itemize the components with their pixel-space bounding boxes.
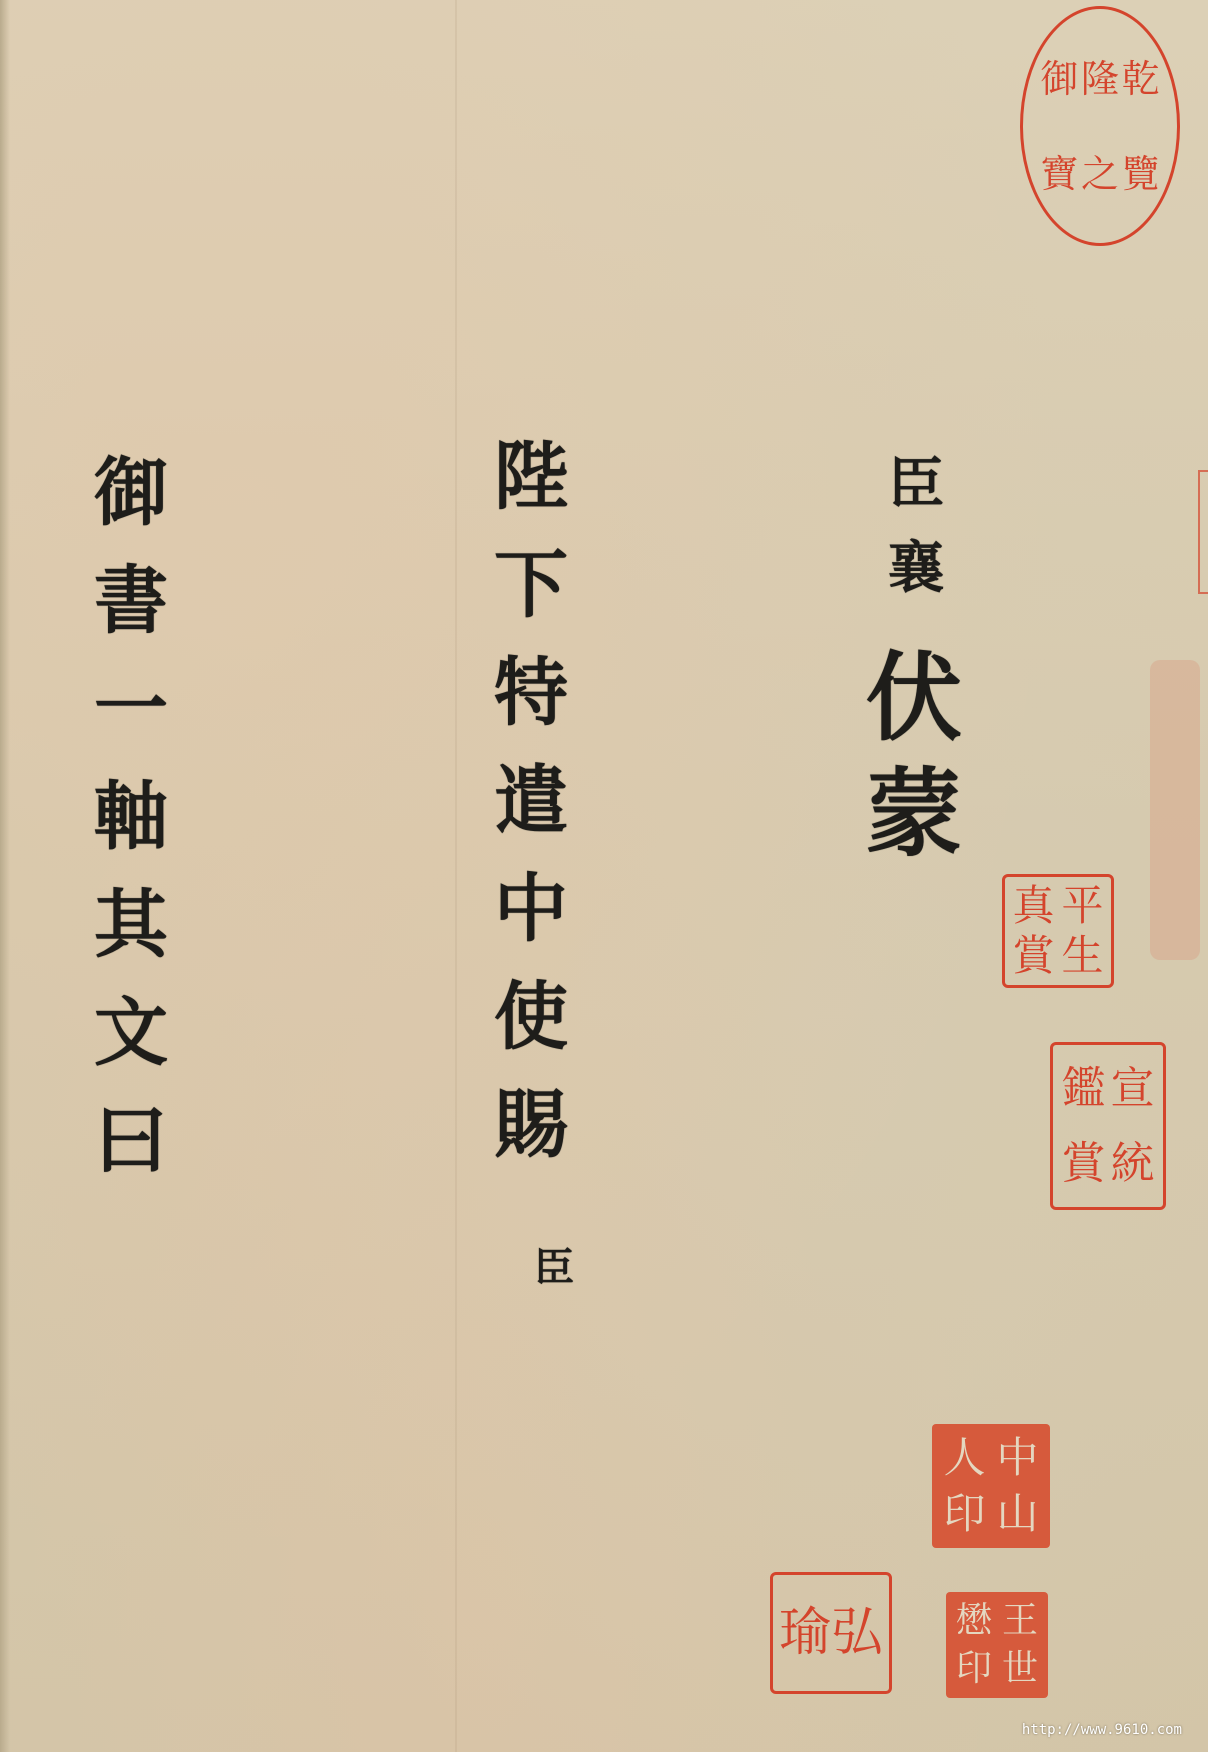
seal-char: 懋 <box>951 1597 997 1645</box>
char: 軸 <box>94 780 168 854</box>
seal-char: 弘 <box>831 1581 883 1685</box>
seal-char: 宣 <box>1108 1051 1157 1126</box>
text-column-right-large: 伏 蒙 <box>866 650 962 882</box>
seal-char: 統 <box>1108 1126 1157 1201</box>
seal-char: 賞 <box>1009 931 1058 981</box>
char: 蒙 <box>866 766 962 862</box>
char: 一 <box>94 672 168 746</box>
seal-square-outline-3: 弘 瑜 <box>770 1572 892 1694</box>
seal-char: 平 <box>1058 881 1107 931</box>
paper-fold <box>455 0 457 1752</box>
seal-char: 山 <box>991 1486 1044 1542</box>
seal-char: 王 <box>997 1597 1043 1645</box>
char: 使 <box>494 980 568 1054</box>
char: 特 <box>494 656 568 730</box>
seal-solid-2: 王 世 懋 印 <box>946 1592 1048 1698</box>
seal-rect-outline-2: 宣 統 鑑 賞 <box>1050 1042 1166 1210</box>
char: 伏 <box>866 650 962 746</box>
char: 下 <box>494 548 568 622</box>
seal-char: 覽 <box>1120 126 1161 221</box>
seal-solid-1: 中 山 人 印 <box>932 1424 1050 1548</box>
seal-char: 印 <box>938 1486 991 1542</box>
seal-oval-imperial: 乾 隆 御 覽 之 寶 <box>1020 6 1180 246</box>
watermark-url: http://www.9610.com <box>1022 1722 1182 1738</box>
char: 襄 <box>888 540 944 596</box>
seal-char: 中 <box>991 1430 1044 1486</box>
seal-char: 世 <box>997 1645 1043 1693</box>
text-column-middle: 陛 下 特 遣 中 使 賜 <box>494 440 568 1196</box>
text-column-right: 臣 襄 <box>888 456 944 596</box>
text-column-left: 御 書 一 軸 其 文 曰 <box>94 456 168 1212</box>
char: 遣 <box>494 764 568 838</box>
seal-char: 人 <box>938 1430 991 1486</box>
seal-char: 印 <box>951 1645 997 1693</box>
seal-char: 之 <box>1080 126 1121 221</box>
char: 中 <box>494 872 568 946</box>
seal-char: 寶 <box>1039 126 1080 221</box>
seal-char: 隆 <box>1080 31 1121 126</box>
char: 書 <box>94 564 168 638</box>
seal-square-outline-1: 平 生 真 賞 <box>1002 874 1114 988</box>
char: 文 <box>94 996 168 1070</box>
seal-char: 御 <box>1039 31 1080 126</box>
text-column-middle-small: 臣 <box>534 1248 574 1288</box>
char: 陛 <box>494 440 568 514</box>
seal-char: 賞 <box>1059 1126 1108 1201</box>
seal-stain <box>1150 660 1200 960</box>
char: 其 <box>94 888 168 962</box>
seal-char: 真 <box>1009 881 1058 931</box>
char: 曰 <box>94 1104 168 1178</box>
seal-char: 乾 <box>1120 31 1161 126</box>
char: 臣 <box>888 456 944 512</box>
seal-char: 生 <box>1058 931 1107 981</box>
char: 臣 <box>534 1248 574 1288</box>
partial-seal-fragment <box>1198 470 1208 594</box>
char: 御 <box>94 456 168 530</box>
scroll-edge <box>0 0 10 1752</box>
seal-char: 鑑 <box>1059 1051 1108 1126</box>
seal-char: 瑜 <box>779 1581 831 1685</box>
char: 賜 <box>494 1088 568 1162</box>
